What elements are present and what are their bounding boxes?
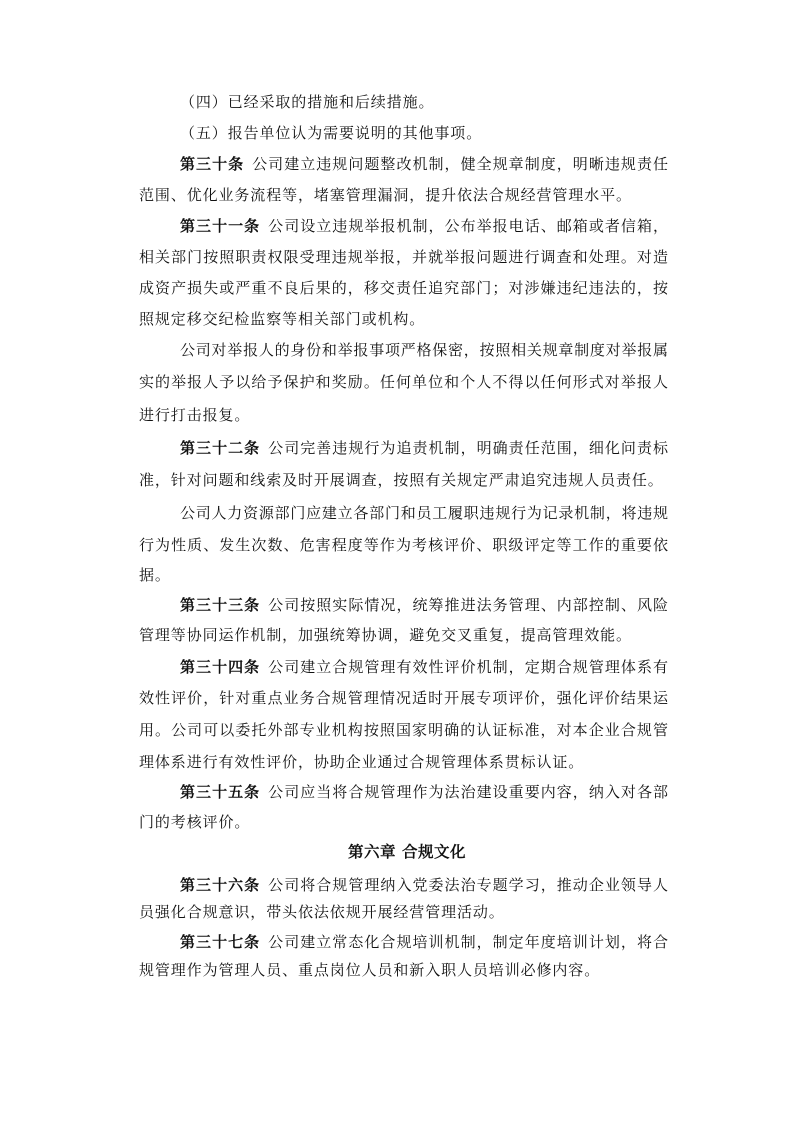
- article-31: 第三十一条公司设立违规举报机制，公布举报电话、邮箱或者信箱，: [180, 214, 668, 238]
- text: 公司建立常态化合规培训机制，制定年度培训计划，将合: [268, 933, 668, 951]
- text-line: 管理等协同运作机制，加强统筹协调，避免交叉重复，提高管理效能。: [139, 623, 668, 647]
- text-line: 员强化合规意识，带头依法依规开展经营管理活动。: [139, 900, 668, 924]
- text: （五）报告单位认为需要说明的其他事项。: [180, 124, 482, 142]
- text: 规管理作为管理人员、重点岗位人员和新入职人员培训必修内容。: [139, 961, 600, 979]
- text-line: 成资产损失或严重不良后果的，移交责任追究部门；对涉嫌违纪违法的，按: [139, 276, 668, 300]
- article-label: 第三十四条: [180, 658, 260, 676]
- text: 公司完善违规行为追责机制，明确责任范围，细化问责标: [268, 439, 668, 457]
- text-line: 进行打击报复。: [139, 403, 668, 427]
- text: 公司建立违规问题整改机制，健全规章制度，明晰违规责任: [252, 155, 668, 173]
- text: 公司对举报人的身份和举报事项严格保密，按照相关规章制度对举报属: [180, 341, 668, 359]
- text: 照规定移交纪检监察等相关部门或机构。: [139, 310, 425, 328]
- text-line: 规管理作为管理人员、重点岗位人员和新入职人员培训必修内容。: [139, 958, 668, 982]
- article-label: 第三十六条: [180, 876, 260, 894]
- article-32: 第三十二条公司完善违规行为追责机制，明确责任范围，细化问责标: [180, 436, 668, 460]
- article-34: 第三十四条公司建立合规管理有效性评价机制，定期合规管理体系有: [180, 655, 668, 679]
- text-line: 实的举报人予以给予保护和奖励。任何单位和个人不得以任何形式对举报人: [139, 370, 668, 394]
- article-label: 第三十条: [180, 155, 244, 173]
- article-37: 第三十七条公司建立常态化合规培训机制，制定年度培训计划，将合: [180, 930, 668, 954]
- article-36: 第三十六条公司将合规管理纳入党委法治专题学习，推动企业领导人: [180, 873, 668, 897]
- text: 相关部门按照职责权限受理违规举报，并就举报问题进行调查和处理。对造: [139, 248, 668, 266]
- article-35: 第三十五条公司应当将合规管理作为法治建设重要内容，纳入对各部: [180, 780, 668, 804]
- text-line: 用。公司可以委托外部专业机构按照国家明确的认证标准，对本企业合规管: [139, 718, 668, 742]
- article-33: 第三十三条公司按照实际情况，统筹推进法务管理、内部控制、风险: [180, 593, 668, 617]
- text: 门的考核评价。: [139, 813, 250, 831]
- text: 行为性质、发生次数、危害程度等作为考核评价、职级评定等工作的重要依: [139, 536, 668, 554]
- text: 公司人力资源部门应建立各部门和员工履职违规行为记录机制，将违规: [180, 504, 668, 522]
- text: 公司建立合规管理有效性评价机制，定期合规管理体系有: [268, 658, 668, 676]
- text-line: 行为性质、发生次数、危害程度等作为考核评价、职级评定等工作的重要依: [139, 533, 668, 557]
- article-label: 第三十五条: [180, 783, 260, 801]
- list-item-4: （四）已经采取的措施和后续措施。: [180, 90, 668, 114]
- text: 据。: [139, 566, 171, 584]
- text: 公司应当将合规管理作为法治建设重要内容，纳入对各部: [268, 783, 668, 801]
- text: 管理等协同运作机制，加强统筹协调，避免交叉重复，提高管理效能。: [139, 626, 632, 644]
- text: 实的举报人予以给予保护和奖励。任何单位和个人不得以任何形式对举报人: [139, 373, 668, 391]
- text: 用。公司可以委托外部专业机构按照国家明确的认证标准，对本企业合规管: [139, 721, 668, 739]
- text: 范围、优化业务流程等，堵塞管理漏洞，提升依法合规经营管理水平。: [139, 186, 632, 204]
- text-line: 效性评价，针对重点业务合规管理情况适时开展专项评价，强化评价结果运: [139, 686, 668, 710]
- chapter-heading: 第六章 合规文化: [297, 840, 517, 864]
- list-item-5: （五）报告单位认为需要说明的其他事项。: [180, 121, 668, 145]
- text-line: 照规定移交纪检监察等相关部门或机构。: [139, 307, 668, 331]
- text: 效性评价，针对重点业务合规管理情况适时开展专项评价，强化评价结果运: [139, 689, 668, 707]
- paragraph-hr-records: 公司人力资源部门应建立各部门和员工履职违规行为记录机制，将违规: [180, 501, 668, 525]
- text: 公司按照实际情况，统筹推进法务管理、内部控制、风险: [268, 596, 668, 614]
- article-label: 第三十二条: [180, 439, 260, 457]
- text-line: 据。: [139, 563, 668, 587]
- article-label: 第三十一条: [180, 217, 260, 235]
- text-line: 准，针对问题和线索及时开展调查，按照有关规定严肃追究违规人员责任。: [139, 468, 668, 492]
- text: 公司设立违规举报机制，公布举报电话、邮箱或者信箱，: [268, 217, 668, 235]
- text: 准，针对问题和线索及时开展调查，按照有关规定严肃追究违规人员责任。: [139, 471, 664, 489]
- document-page: （四）已经采取的措施和后续措施。 （五）报告单位认为需要说明的其他事项。 第三十…: [0, 0, 794, 1122]
- text: 公司将合规管理纳入党委法治专题学习，推动企业领导人: [268, 876, 668, 894]
- text: 进行打击报复。: [139, 406, 250, 424]
- text: 成资产损失或严重不良后果的，移交责任追究部门；对涉嫌违纪违法的，按: [139, 279, 668, 297]
- article-30: 第三十条公司建立违规问题整改机制，健全规章制度，明晰违规责任: [180, 152, 668, 176]
- text: 员强化合规意识，带头依法依规开展经营管理活动。: [139, 903, 505, 921]
- text-line: 相关部门按照职责权限受理违规举报，并就举报问题进行调查和处理。对造: [139, 245, 668, 269]
- text-line: 理体系进行有效性评价，协助企业通过合规管理体系贯标认证。: [139, 750, 668, 774]
- paragraph-whistleblower: 公司对举报人的身份和举报事项严格保密，按照相关规章制度对举报属: [180, 338, 668, 362]
- text-line: 门的考核评价。: [139, 810, 668, 834]
- text: 理体系进行有效性评价，协助企业通过合规管理体系贯标认证。: [139, 753, 584, 771]
- text: （四）已经采取的措施和后续措施。: [180, 93, 434, 111]
- article-label: 第三十三条: [180, 596, 260, 614]
- text-line: 范围、优化业务流程等，堵塞管理漏洞，提升依法合规经营管理水平。: [139, 183, 668, 207]
- article-label: 第三十七条: [180, 933, 260, 951]
